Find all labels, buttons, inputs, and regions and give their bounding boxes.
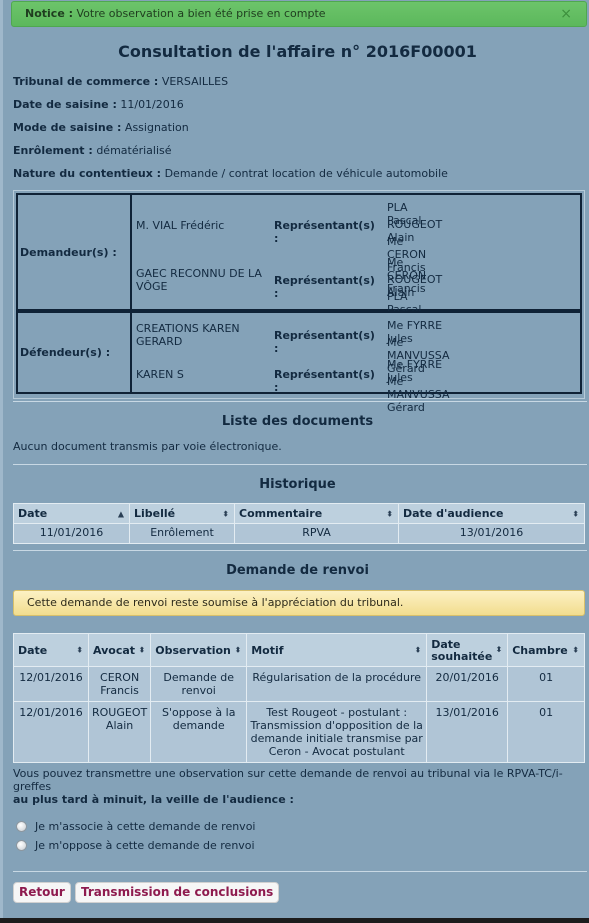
party-name: KAREN S xyxy=(136,368,266,381)
page: Notice : Votre observation a bien été pr… xyxy=(0,0,589,918)
representant: ROUGEOT Alain xyxy=(387,218,442,235)
table-row: 12/01/2016 CERON Francis Demande de renv… xyxy=(14,667,585,702)
notice-banner: Notice : Votre observation a bien été pr… xyxy=(11,1,587,27)
demandeurs-label: Demandeur(s) : xyxy=(18,195,132,309)
field-value: VERSAILLES xyxy=(162,75,228,88)
representant-list: PLA Pascal ROUGEOT Alain Me CERON Franci… xyxy=(387,201,442,252)
representant-label: Représentant(s) : xyxy=(274,368,375,394)
field-label: Date de saisine : xyxy=(13,98,117,111)
parties-table: Demandeur(s) : M. VIAL Frédéric Représen… xyxy=(13,190,585,399)
field-label: Nature du contentieux : xyxy=(13,167,161,180)
field-enrolement: Enrôlement : dématérialisé xyxy=(13,144,172,157)
field-mode-saisine: Mode de saisine : Assignation xyxy=(13,121,189,134)
representant: Me FYRRE Jules xyxy=(387,358,450,375)
field-value: 11/01/2016 xyxy=(120,98,183,111)
radio-label[interactable]: Je m'associe à cette demande de renvoi xyxy=(35,820,255,833)
representant-list: Me FYRRE Jules Me MANVUSSA Gérard xyxy=(387,319,450,353)
sort-icon: ⬍ xyxy=(235,646,242,655)
field-date-saisine: Date de saisine : 11/01/2016 xyxy=(13,98,184,111)
sort-icon: ⬍ xyxy=(572,646,579,655)
representant-label: Représentant(s) : xyxy=(274,219,375,245)
sort-icon: ⬍ xyxy=(139,646,146,655)
radio-button[interactable] xyxy=(16,821,27,832)
field-value: dématérialisé xyxy=(96,144,171,157)
sort-icon: ⬍ xyxy=(76,646,83,655)
party-name: M. VIAL Frédéric xyxy=(136,219,266,232)
table-row: 12/01/2016 ROUGEOT Alain S'oppose à la d… xyxy=(14,702,585,763)
representant: Me MANVUSSA Gérard xyxy=(387,336,450,353)
column-header-observation[interactable]: Observation⬍ xyxy=(151,634,247,667)
representant: Me MANVUSSA Gérard xyxy=(387,375,450,392)
documents-title: Liste des documents xyxy=(3,414,589,429)
column-header-date-audience[interactable]: Date d'audience⬍ xyxy=(399,504,585,524)
radio-button[interactable] xyxy=(16,840,27,851)
renvoi-deadline: au plus tard à minuit, la veille de l'au… xyxy=(13,793,583,806)
renvoi-title: Demande de renvoi xyxy=(3,563,589,578)
notice-message: Votre observation a bien été prise en co… xyxy=(77,7,326,20)
representant-list: Me CERON Francis ROUGEOT Alain PLA Pasca… xyxy=(387,256,442,307)
historique-title: Historique xyxy=(3,477,589,492)
historique-table: Date▲ Libellé⬍ Commentaire⬍ Date d'audie… xyxy=(13,503,585,544)
field-label: Tribunal de commerce : xyxy=(13,75,158,88)
transmit-conclusions-button[interactable]: Transmission de conclusions xyxy=(75,882,279,903)
radio-oppose[interactable]: Je m'oppose à cette demande de renvoi xyxy=(16,839,255,852)
defendeurs-label: Défendeur(s) : xyxy=(18,313,132,392)
taskbar-edge xyxy=(0,918,589,923)
party-name: CREATIONS KAREN GERARD xyxy=(136,322,266,348)
demandeurs-block: Demandeur(s) : M. VIAL Frédéric Représen… xyxy=(16,193,582,311)
column-header-date[interactable]: Date▲ xyxy=(14,504,130,524)
representant-label: Représentant(s) : xyxy=(274,274,375,300)
representant: PLA Pascal xyxy=(387,201,442,218)
sort-icon: ⬍ xyxy=(572,509,579,518)
sort-asc-icon: ▲ xyxy=(118,509,124,518)
column-header-date-souhaitee[interactable]: Date souhaitée⬍ xyxy=(427,634,508,667)
back-button[interactable]: Retour xyxy=(13,882,71,903)
table-row: 11/01/2016 Enrôlement RPVA 13/01/2016 xyxy=(14,524,585,544)
radio-label[interactable]: Je m'oppose à cette demande de renvoi xyxy=(35,839,255,852)
renvoi-table: Date⬍ Avocat⬍ Observation⬍ Motif⬍ Date s… xyxy=(13,633,585,763)
defendeurs-block: Défendeur(s) : CREATIONS KAREN GERARD Re… xyxy=(16,311,582,394)
divider xyxy=(13,464,587,465)
representant-label: Représentant(s) : xyxy=(274,329,375,355)
divider xyxy=(13,871,587,872)
field-value: Assignation xyxy=(125,121,189,134)
representant: Me CERON Francis xyxy=(387,235,442,252)
sort-icon: ⬍ xyxy=(415,646,422,655)
column-header-date[interactable]: Date⬍ xyxy=(14,634,89,667)
sort-icon: ⬍ xyxy=(496,644,503,656)
column-header-motif[interactable]: Motif⬍ xyxy=(247,634,427,667)
column-header-commentaire[interactable]: Commentaire⬍ xyxy=(235,504,399,524)
documents-empty: Aucun document transmis par voie électro… xyxy=(13,440,583,453)
field-label: Mode de saisine : xyxy=(13,121,121,134)
sort-icon: ⬍ xyxy=(222,509,229,518)
sort-icon: ⬍ xyxy=(386,509,393,518)
radio-associate[interactable]: Je m'associe à cette demande de renvoi xyxy=(16,820,255,833)
renvoi-info: Vous pouvez transmettre une observation … xyxy=(13,767,583,793)
renvoi-warning: Cette demande de renvoi reste soumise à … xyxy=(13,590,585,616)
field-label: Enrôlement : xyxy=(13,144,93,157)
divider xyxy=(13,401,587,402)
field-value: Demande / contrat location de véhicule a… xyxy=(165,167,448,180)
divider xyxy=(13,550,587,551)
party-name: GAEC RECONNU DE LA VÔGE xyxy=(136,267,266,293)
representant: Me CERON Francis xyxy=(387,256,442,273)
notice-label: Notice : xyxy=(25,7,73,20)
close-icon[interactable]: × xyxy=(560,2,572,26)
column-header-chambre[interactable]: Chambre⬍ xyxy=(508,634,585,667)
representant-list: Me FYRRE Jules Me MANVUSSA Gérard xyxy=(387,358,450,392)
page-title: Consultation de l'affaire n° 2016F00001 xyxy=(3,42,589,61)
column-header-libelle[interactable]: Libellé⬍ xyxy=(130,504,235,524)
representant: Me FYRRE Jules xyxy=(387,319,450,336)
field-tribunal: Tribunal de commerce : VERSAILLES xyxy=(13,75,228,88)
column-header-avocat[interactable]: Avocat⬍ xyxy=(89,634,151,667)
field-nature: Nature du contentieux : Demande / contra… xyxy=(13,167,448,180)
